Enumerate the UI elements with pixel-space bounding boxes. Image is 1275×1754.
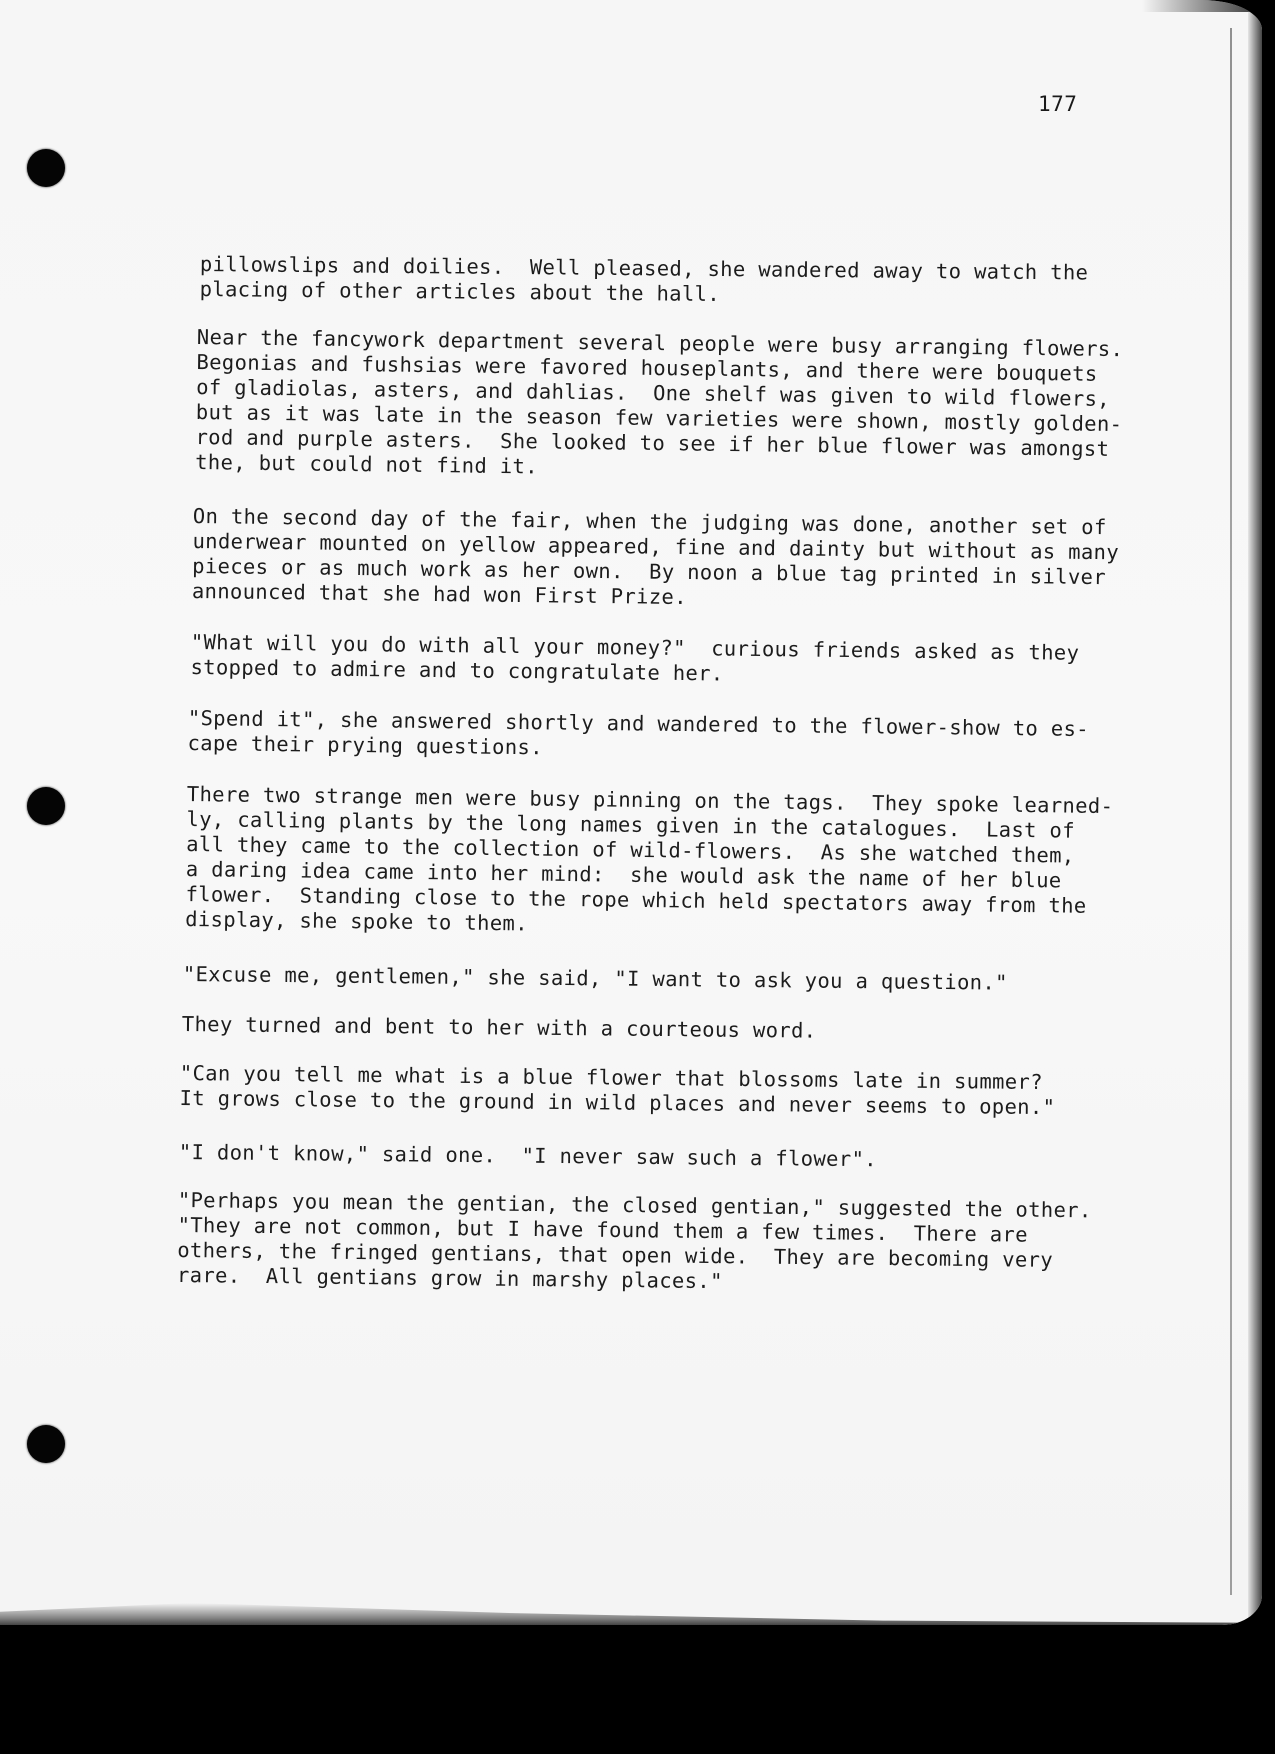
paragraph: "Perhaps you mean the gentian, the close…	[177, 1188, 1092, 1298]
punch-hole-icon	[27, 149, 65, 187]
text-line: "Excuse me, gentlemen," she said, "I wan…	[183, 962, 1008, 996]
page-number: 177	[1038, 92, 1077, 116]
punch-hole-icon	[27, 1425, 65, 1463]
text-line: "I don't know," said one. "I never saw s…	[179, 1140, 877, 1172]
paragraph: "What will you do with all your money?" …	[190, 630, 1079, 691]
paragraph: "Spend it", she answered shortly and wan…	[187, 706, 1089, 767]
document-page: 177 pillowslips and doilies. Well please…	[0, 0, 1262, 1625]
paragraph: On the second day of the fair, when the …	[192, 504, 1120, 615]
paragraph: pillowslips and doilies. Well pleased, s…	[200, 252, 1089, 311]
paragraph: There two strange men were busy pinning …	[185, 782, 1113, 944]
paragraph: They turned and bent to her with a court…	[182, 1012, 817, 1044]
paragraph: "I don't know," said one. "I never saw s…	[179, 1140, 877, 1172]
page-edge-shadow-top	[1142, 0, 1262, 12]
punch-hole-icon	[27, 787, 65, 825]
text-line: They turned and bent to her with a court…	[182, 1012, 817, 1044]
paragraph: Near the fancywork department several pe…	[195, 325, 1123, 487]
paragraph: "Excuse me, gentlemen," she said, "I wan…	[183, 962, 1008, 996]
page-edge-shadow-right	[1248, 0, 1262, 1625]
paragraph: "Can you tell me what is a blue flower t…	[179, 1061, 1055, 1120]
